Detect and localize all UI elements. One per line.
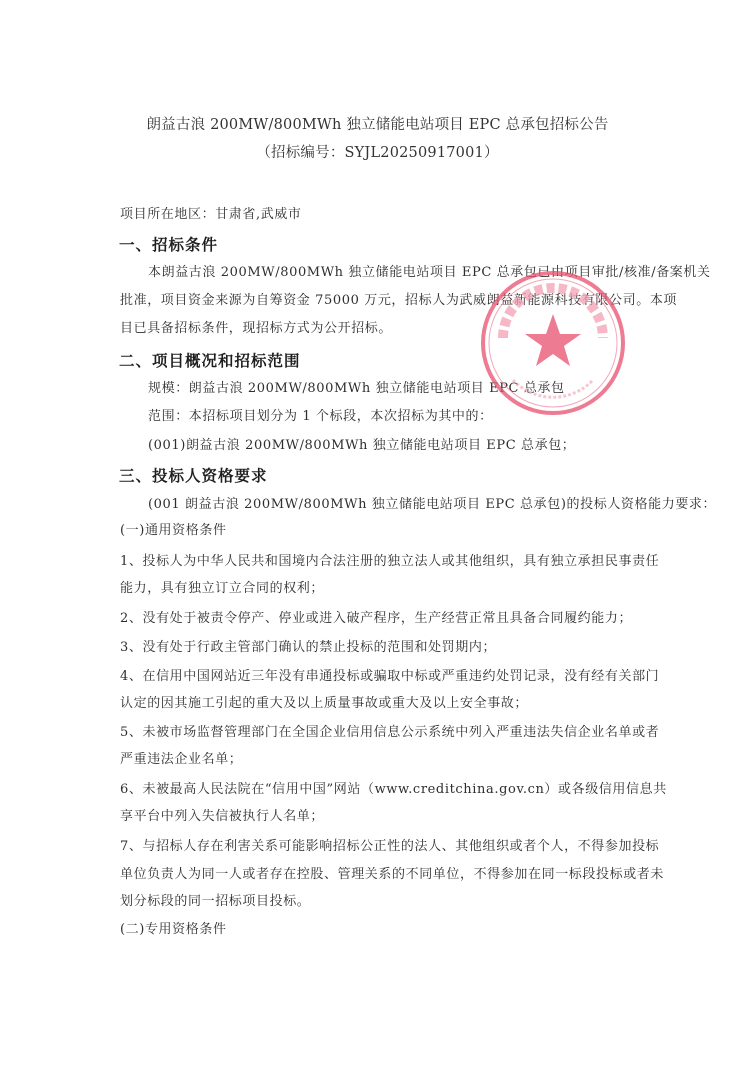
section-heading-1: 一、招标条件 <box>119 233 218 255</box>
paragraph-line: 规模：朗益古浪 200MW/800MWh 独立储能电站项目 EPC 总承包 <box>148 380 658 398</box>
paragraph-line: 严重违法企业名单； <box>120 751 630 769</box>
paragraph-line: 本朗益古浪 200MW/800MWh 独立储能电站项目 EPC 总承包已由项目审… <box>148 264 658 282</box>
paragraph-line: 5、未被市场监督管理部门在全国企业信用信息公示系统中列入严重违法失信企业名单或者 <box>120 724 630 742</box>
paragraph-line: (001 朗益古浪 200MW/800MWh 独立储能电站项目 EPC 总承包)… <box>148 496 658 514</box>
paragraph-line: 7、与招标人存在利害关系可能影响招标公正性的法人、其他组织或者个人，不得参加投标 <box>120 838 630 856</box>
paragraph-line: 认定的因其施工引起的重大及以上质量事故或重大及以上安全事故； <box>120 695 630 713</box>
paragraph-line: 划分标段的同一招标项目投标。 <box>120 893 630 911</box>
paragraph-line: 1、投标人为中华人民共和国境内合法注册的独立法人或其他组织，具有独立承担民事责任 <box>120 553 630 571</box>
section-heading-3: 三、投标人资格要求 <box>119 464 268 486</box>
paragraph-line: 3、没有处于行政主管部门确认的禁止投标的范围和处罚期内； <box>120 639 630 657</box>
paragraph-line: 6、未被最高人民法院在“信用中国”网站（www.creditchina.gov.… <box>120 781 630 799</box>
section-heading-2: 二、项目概况和招标范围 <box>119 349 301 371</box>
subsection-heading: (一)通用资格条件 <box>120 522 630 540</box>
document-title: 朗益古浪 200MW/800MWh 独立储能电站项目 EPC 总承包招标公告 <box>0 113 755 134</box>
paragraph-line: 单位负责人为同一人或者存在控股、管理关系的不同单位，不得参加在同一标段投标或者未 <box>120 866 630 884</box>
paragraph-line: (001)朗益古浪 200MW/800MWh 独立储能电站项目 EPC 总承包； <box>148 437 658 455</box>
paragraph-line: 4、在信用中国网站近三年没有串通投标或骗取中标或严重违约处罚记录，没有经有关部门 <box>120 668 630 686</box>
paragraph-line: 能力，具有独立订立合同的权利； <box>120 580 630 598</box>
project-location: 项目所在地区：甘肃省,武威市 <box>120 206 630 224</box>
paragraph-line: 享平台中列入失信被执行人名单； <box>120 808 630 826</box>
paragraph-line: 批准，项目资金来源为自筹资金 75000 万元，招标人为武威朗益新能源科技有限公… <box>120 292 630 310</box>
document-page: 朗益古浪 200MW/800MWh 独立储能电站项目 EPC 总承包招标公告 （… <box>0 0 755 1072</box>
paragraph-line: 范围：本招标项目划分为 1 个标段，本次招标为其中的： <box>148 408 658 426</box>
paragraph-line: 目已具备招标条件，现招标方式为公开招标。 <box>120 320 630 338</box>
tender-number: （招标编号：SYJL20250917001） <box>0 141 755 162</box>
subsection-heading: (二)专用资格条件 <box>120 921 630 939</box>
paragraph-line: 2、没有处于被责令停产、停业或进入破产程序，生产经营正常且具备合同履约能力； <box>120 610 630 628</box>
